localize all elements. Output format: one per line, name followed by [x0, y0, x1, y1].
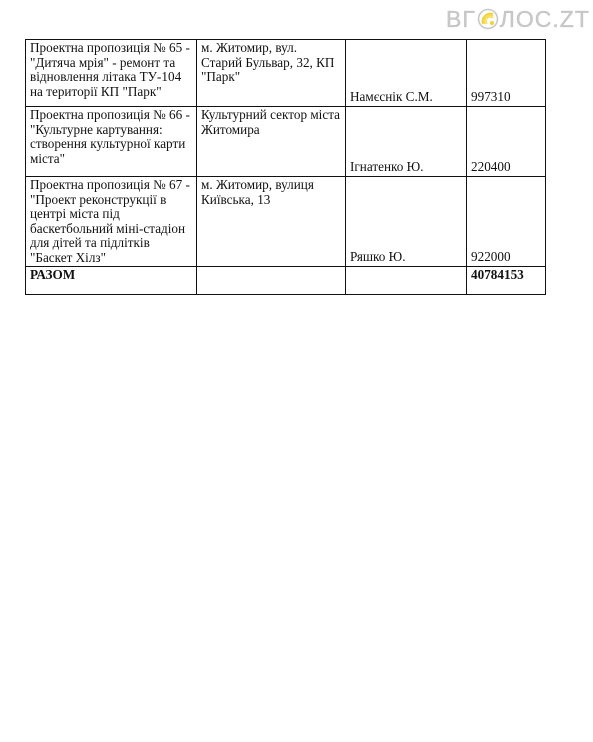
table-row: Проектна пропозиція № 65 - "Дитяча мрія"… [26, 40, 546, 107]
amount-cell: 922000 [467, 177, 546, 267]
location-cell: Культурний сектор міста Житомира [197, 107, 346, 177]
logo-text-suffix: ЛОС.ZT [500, 6, 590, 33]
author-cell: Намєснік С.М. [346, 40, 467, 107]
table-row: Проектна пропозиція № 66 - "Культурне ка… [26, 107, 546, 177]
sound-waves-icon [477, 8, 499, 30]
amount-cell: 220400 [467, 107, 546, 177]
location-cell: м. Житомир, вул. Старий Бульвар, 32, КП … [197, 40, 346, 107]
proposals-table: Проектна пропозиція № 65 - "Дитяча мрія"… [25, 39, 546, 295]
proposal-cell: Проектна пропозиція № 65 - "Дитяча мрія"… [26, 40, 197, 107]
total-author-cell [346, 266, 467, 294]
total-amount: 40784153 [467, 266, 546, 294]
logo-text-prefix: ВГ [446, 6, 476, 33]
author-cell: Ігнатенко Ю. [346, 107, 467, 177]
proposal-cell: Проектна пропозиція № 67 - "Проект рекон… [26, 177, 197, 267]
table-row: Проектна пропозиція № 67 - "Проект рекон… [26, 177, 546, 267]
proposal-cell: Проектна пропозиція № 66 - "Культурне ка… [26, 107, 197, 177]
location-cell: м. Житомир, вулиця Київська, 13 [197, 177, 346, 267]
amount-cell: 997310 [467, 40, 546, 107]
site-logo: ВГ ЛОС.ZT [446, 6, 590, 32]
author-cell: Ряшко Ю. [346, 177, 467, 267]
total-row: РАЗОМ 40784153 [26, 266, 546, 294]
total-label: РАЗОМ [26, 266, 197, 294]
total-location-cell [197, 266, 346, 294]
